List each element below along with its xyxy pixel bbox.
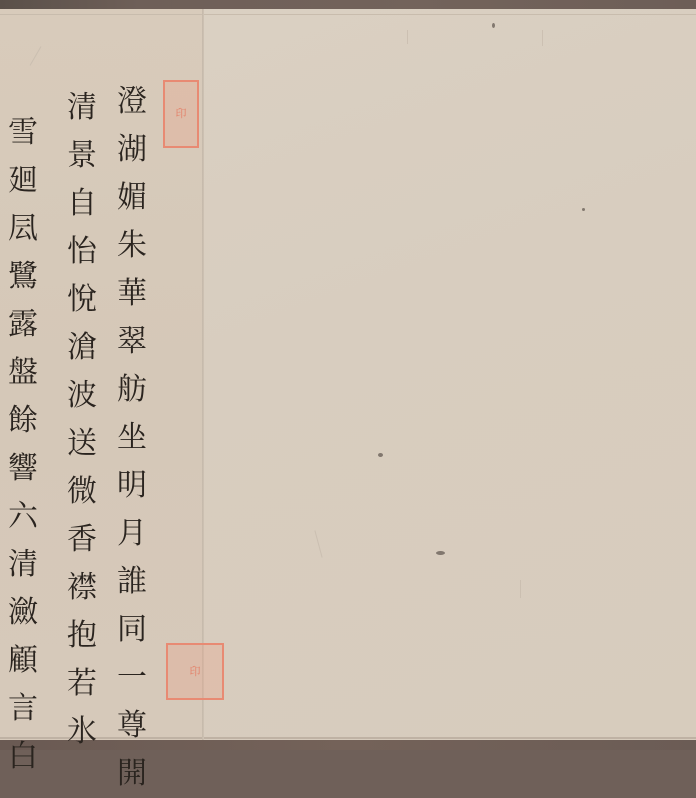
character: 瀲 bbox=[8, 589, 38, 637]
seal-glyph: 印 bbox=[176, 108, 187, 120]
ink-fleck bbox=[378, 453, 383, 457]
character: 華 bbox=[117, 270, 147, 318]
character: 響 bbox=[8, 445, 38, 493]
calligraphy-column-3: 雪 廻 凨 鷺 露 盤 餘 響 六 清 瀲 顧 言 白 bbox=[8, 109, 38, 750]
character: 誰 bbox=[117, 558, 147, 606]
character: 餘 bbox=[8, 397, 38, 445]
seal-stamp-bottom: 印 bbox=[166, 643, 224, 700]
character: 尊 bbox=[117, 702, 147, 750]
calligraphy-column-1: 澄 湖 媚 朱 華 翠 舫 坐 明 月 誰 同 一 尊 開 bbox=[117, 78, 147, 750]
character: 若 bbox=[67, 660, 97, 708]
character: 顧 bbox=[8, 637, 38, 685]
character: 言 bbox=[8, 685, 38, 733]
seal-stamp-top: 印 bbox=[163, 80, 199, 148]
character: 香 bbox=[67, 516, 97, 564]
character: 露 bbox=[8, 301, 38, 349]
blank-paper-panel bbox=[204, 9, 696, 740]
paper-fiber bbox=[542, 30, 543, 46]
character: 清 bbox=[8, 541, 38, 589]
character: 怡 bbox=[67, 228, 97, 276]
character: 清 bbox=[67, 84, 97, 132]
paper-fiber bbox=[407, 30, 408, 44]
character: 景 bbox=[67, 132, 97, 180]
character: 坐 bbox=[117, 414, 147, 462]
seal-glyph: 印 bbox=[190, 666, 201, 678]
character: 舫 bbox=[117, 366, 147, 414]
character: 同 bbox=[117, 606, 147, 654]
character: 凨 bbox=[8, 205, 38, 253]
character: 抱 bbox=[67, 612, 97, 660]
paper-seam bbox=[202, 9, 204, 740]
character: 盤 bbox=[8, 349, 38, 397]
character: 月 bbox=[117, 510, 147, 558]
character: 微 bbox=[67, 468, 97, 516]
character: 白 bbox=[8, 733, 38, 750]
character: 六 bbox=[8, 493, 38, 541]
handscroll: 澄 湖 媚 朱 華 翠 舫 坐 明 月 誰 同 一 尊 開 清 景 自 怡 悅 … bbox=[0, 0, 696, 750]
character: 翠 bbox=[117, 318, 147, 366]
character: 滄 bbox=[67, 324, 97, 372]
character: 一 bbox=[117, 654, 147, 702]
top-mount-band bbox=[0, 0, 696, 9]
character: 悅 bbox=[67, 276, 97, 324]
character: 送 bbox=[67, 420, 97, 468]
character: 雪 bbox=[8, 109, 38, 157]
character: 明 bbox=[117, 462, 147, 510]
ink-fleck bbox=[436, 551, 445, 555]
character: 氷 bbox=[67, 708, 97, 750]
character: 湖 bbox=[117, 126, 147, 174]
paper-fiber bbox=[520, 580, 521, 598]
bottom-mount-band bbox=[0, 740, 696, 750]
character: 媚 bbox=[117, 174, 147, 222]
character: 襟 bbox=[67, 564, 97, 612]
character: 朱 bbox=[117, 222, 147, 270]
bottom-mount-line bbox=[0, 737, 696, 739]
ink-fleck bbox=[582, 208, 585, 211]
calligraphy-column-2: 清 景 自 怡 悅 滄 波 送 微 香 襟 抱 若 氷 bbox=[67, 84, 97, 750]
character: 波 bbox=[67, 372, 97, 420]
character: 澄 bbox=[117, 78, 147, 126]
character: 廻 bbox=[8, 157, 38, 205]
character: 鷺 bbox=[8, 253, 38, 301]
character: 自 bbox=[67, 180, 97, 228]
top-mount-line bbox=[0, 14, 696, 15]
ink-fleck bbox=[492, 23, 495, 28]
